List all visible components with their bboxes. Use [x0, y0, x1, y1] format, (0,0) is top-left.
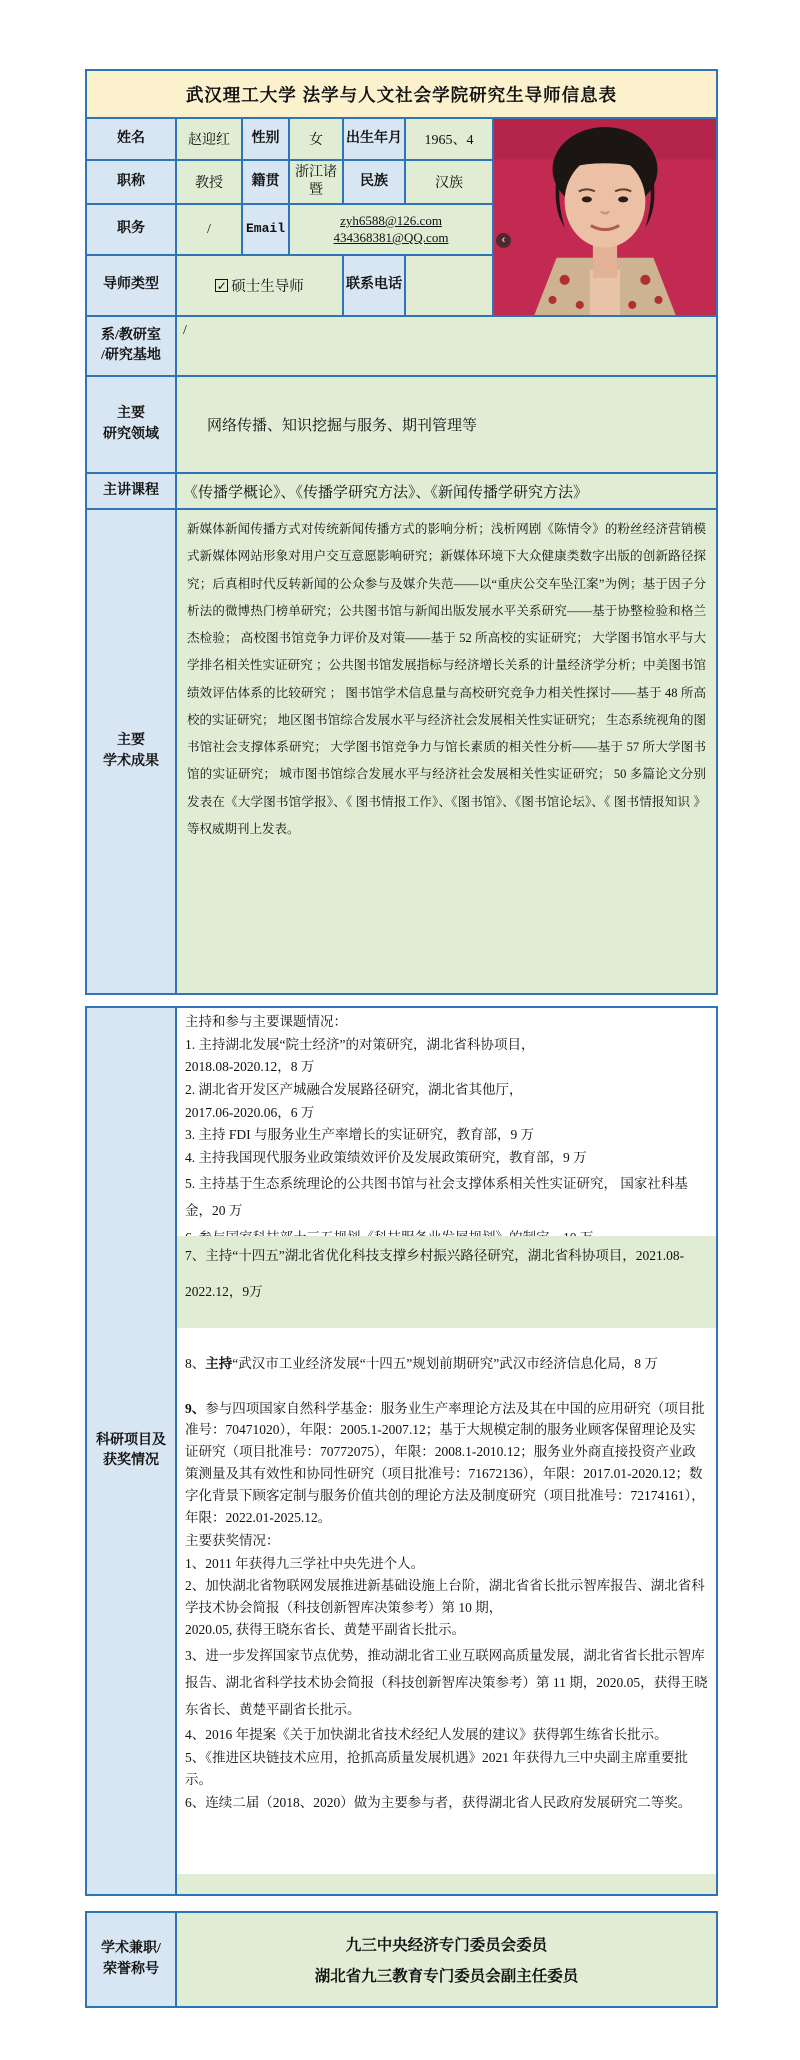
basic-info-grid: 姓名 赵迎红 性别 女 出生年月 1965、4	[87, 119, 716, 315]
jobtitle-value: 教授	[177, 161, 241, 203]
award-item: 3、进一步发挥国家节点优势，推动湖北省工业互联网高质量发展，湖北省省长批示智库报…	[185, 1642, 708, 1723]
jobtitle-label: 职称	[87, 161, 175, 203]
honorary-title-line: 九三中央经济专门委员会委员	[346, 1933, 548, 1955]
email-link-2[interactable]: 434368381@QQ.com	[334, 230, 449, 246]
awards-title: 主要获奖情况：	[185, 1530, 708, 1552]
name-label: 姓名	[87, 119, 175, 159]
gender-label: 性别	[243, 119, 288, 159]
honorary-titles-table: 学术兼职/ 荣誉称号 九三中央经济专门委员会委员 湖北省九三教育专门委员会副主任…	[85, 1911, 718, 2008]
post-label: 职务	[87, 205, 175, 254]
post-value: /	[177, 205, 241, 254]
courses-label: 主讲课程	[87, 474, 175, 508]
project-item: 6. 参与国家科技部十三五规划《科技服务业发展规划》的制定，10 万	[185, 1224, 708, 1236]
main-info-table: 武汉理工大学 法学与人文社会学院研究生导师信息表 姓名 赵迎红 性别 女 出生年…	[85, 69, 718, 995]
profile-photo: ‹	[494, 119, 716, 315]
award-item: 6、连续二届（2018、2020）做为主要参与者，获得湖北省人民政府发展研究二等…	[185, 1792, 708, 1814]
project-item: 4. 主持我国现代服务业政策绩效评价及发展政策研究，教育部，9 万	[185, 1147, 708, 1170]
project-item-highlighted: 7、主持“十四五”湖北省优化科技支撑乡村振兴路径研究，湖北省科协项目，2021.…	[177, 1236, 716, 1328]
award-item: 2、加快湖北省物联网发展推进新基础设施上台阶，湖北省省长批示智库报告、湖北省科学…	[185, 1575, 708, 1641]
supervisor-info-sheet: 武汉理工大学 法学与人文社会学院研究生导师信息表 姓名 赵迎红 性别 女 出生年…	[85, 69, 718, 2008]
research-fields-value: 网络传播、知识挖掘与服务、期刊管理等	[177, 377, 716, 472]
projects-list-top: 主持和参与主要课题情况： 1. 主持湖北发展“院士经济”的对策研究，湖北省科协项…	[177, 1008, 716, 1236]
empty-green-strip	[177, 1874, 716, 1894]
project-item: 2. 湖北省开发区产城融合发展路径研究，湖北省其他厅， 2017.06-2020…	[185, 1079, 708, 1124]
honorary-titles-label: 学术兼职/ 荣誉称号	[87, 1913, 175, 2006]
achievements-label: 主要 学术成果	[87, 510, 175, 993]
ethnicity-value: 汉族	[406, 161, 492, 203]
award-item: 5、《推进区块链技术应用，抢抓高质量发展机遇》2021 年获得九三中央副主席重要…	[185, 1747, 708, 1791]
award-item: 1、2011 年获得九三学社中央先进个人。	[185, 1553, 708, 1575]
dept-value: /	[177, 317, 716, 375]
achievements-text: 新媒体新闻传播方式对传统新闻传播方式的影响分析；浅析网剧《陈情令》的粉丝经济营销…	[177, 510, 716, 993]
honorary-titles-value: 九三中央经济专门委员会委员 湖北省九三教育专门委员会副主任委员	[177, 1913, 716, 2006]
project-item: 9、参与四项国家自然科学基金：服务业生产率理论方法及其在中国的应用研究（项目批准…	[185, 1376, 708, 1529]
name-value: 赵迎红	[177, 119, 241, 159]
courses-value: 《传播学概论》、《传播学研究方法》、《新闻传播学研究方法》	[177, 474, 716, 508]
email-label: Email	[243, 205, 288, 254]
checked-checkbox-icon: ✓	[215, 279, 228, 292]
native-place-value: 浙江诸 暨	[290, 161, 342, 203]
phone-label: 联系电话	[344, 256, 404, 315]
project-item: 1. 主持湖北发展“院士经济”的对策研究，湖北省科协项目， 2018.08-20…	[185, 1034, 708, 1079]
projects-list-bottom: 8、主持“武汉市工业经济发展“十四五”规划前期研究”武汉市经济信息化局，8 万 …	[177, 1328, 716, 1874]
carousel-prev-button[interactable]: ‹	[496, 233, 511, 248]
email-values: zyh6588@126.com 434368381@QQ.com	[290, 205, 492, 254]
projects-awards-label: 科研项目及 获奖情况	[87, 1008, 175, 1894]
research-fields-label: 主要 研究领域	[87, 377, 175, 472]
projects-awards-table: 科研项目及 获奖情况 主持和参与主要课题情况： 1. 主持湖北发展“院士经济”的…	[85, 1006, 718, 1896]
birth-label: 出生年月	[344, 119, 404, 159]
projects-intro: 主持和参与主要课题情况：	[185, 1011, 708, 1034]
page-title: 武汉理工大学 法学与人文社会学院研究生导师信息表	[87, 71, 716, 117]
email-link-1[interactable]: zyh6588@126.com	[340, 213, 442, 229]
projects-awards-content: 主持和参与主要课题情况： 1. 主持湖北发展“院士经济”的对策研究，湖北省科协项…	[177, 1008, 716, 1894]
native-place-label: 籍贯	[243, 161, 288, 203]
project-item: 8、主持“武汉市工业经济发展“十四五”规划前期研究”武汉市经济信息化局，8 万	[185, 1331, 708, 1375]
award-item: 4、2016 年提案《关于加快湖北省技术经纪人发展的建议》获得郭生练省长批示。	[185, 1724, 708, 1746]
honorary-title-line: 湖北省九三教育专门委员会副主任委员	[315, 1964, 579, 1986]
gender-value: 女	[290, 119, 342, 159]
project-item: 3. 主持 FDI 与服务业生产率增长的实证研究，教育部，9 万	[185, 1124, 708, 1147]
phone-value	[406, 256, 492, 315]
birth-value: 1965、4	[406, 119, 492, 159]
supervisor-type-text: 硕士生导师	[231, 275, 304, 296]
ethnicity-label: 民族	[344, 161, 404, 203]
project-item: 5. 主持基于生态系统理论的公共图书馆与社会支撑体系相关性实证研究， 国家社科基…	[185, 1170, 708, 1224]
supervisor-type-label: 导师类型	[87, 256, 175, 315]
supervisor-type-value: ✓ 硕士生导师	[177, 256, 342, 315]
dept-label: 系/教研室 /研究基地	[87, 317, 175, 375]
portrait-image	[494, 119, 716, 315]
